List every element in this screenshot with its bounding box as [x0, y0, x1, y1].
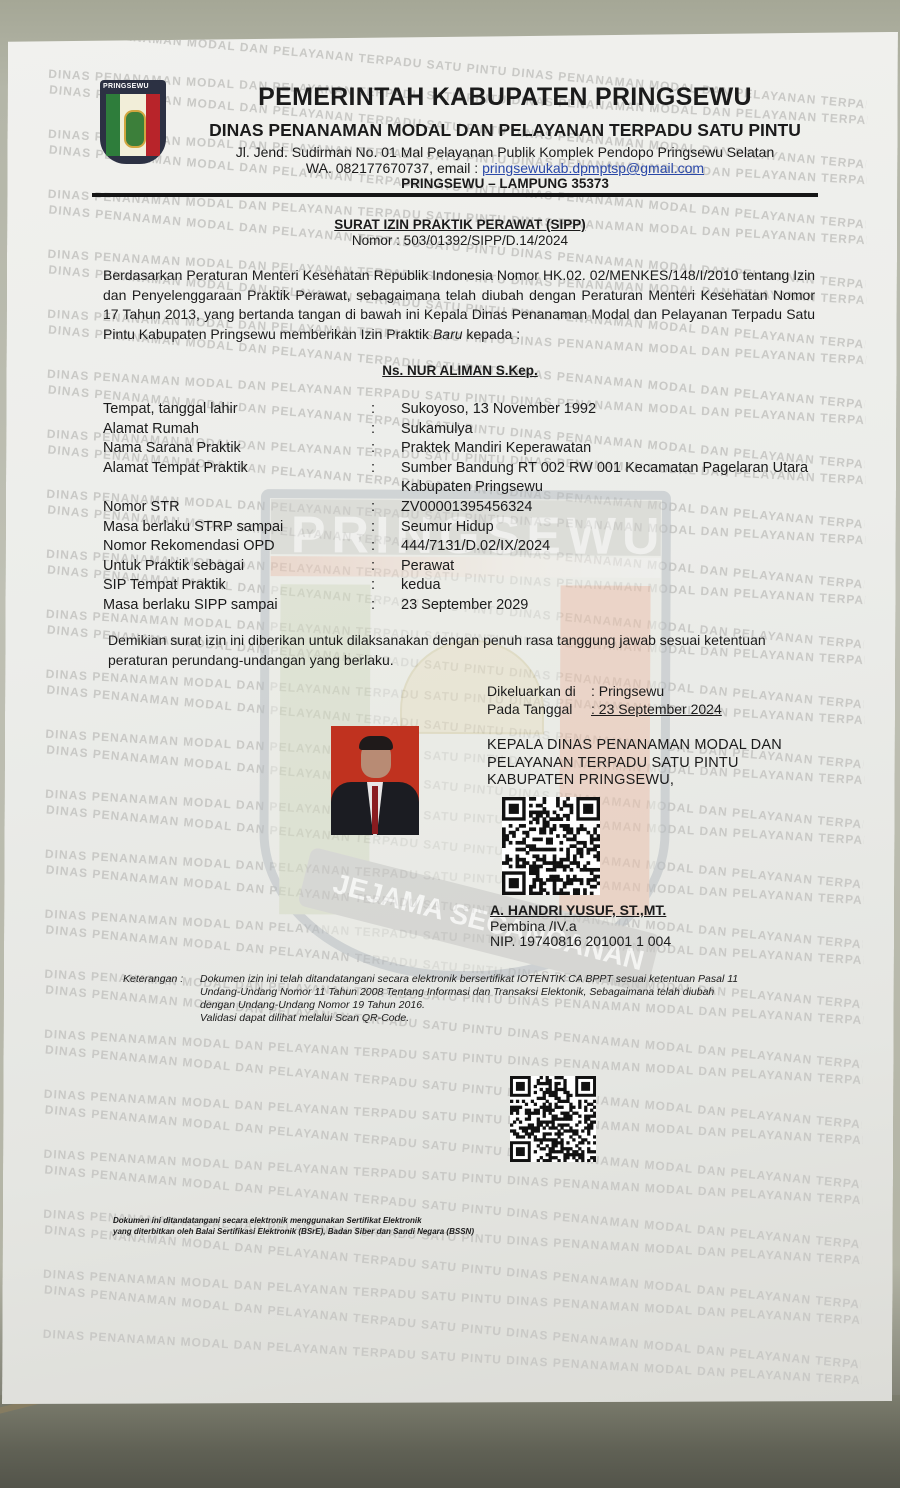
- field-separator: :: [371, 400, 401, 420]
- field-row: Untuk Praktik sebagai:Perawat: [103, 557, 823, 577]
- issued-place-value: : Pringsewu: [591, 683, 664, 699]
- field-separator: :: [371, 537, 401, 557]
- letterhead-city: PRINGSEWU – LAMPUNG 35373: [180, 176, 830, 191]
- field-separator: :: [371, 596, 401, 616]
- signatory-office: KEPALA DINAS PENANAMAN MODAL DAN PELAYAN…: [487, 737, 782, 790]
- field-row: Nama Sarana Praktik:Praktek Mandiri Kepe…: [103, 439, 823, 459]
- field-separator: :: [371, 557, 401, 577]
- field-value: Sumber Bandung RT 002 RW 001 Kecamatan P…: [401, 459, 821, 498]
- field-separator: :: [371, 576, 401, 596]
- letterhead-contact: WA. 082177670737, email : pringsewukab.d…: [180, 160, 830, 176]
- closing-paragraph: Demikian surat izin ini diberikan untuk …: [108, 630, 808, 670]
- intro-paragraph: Berdasarkan Peraturan Menteri Kesehatan …: [103, 266, 815, 344]
- field-row: Tempat, tanggal lahir:Sukoyoso, 13 Novem…: [103, 400, 823, 420]
- field-row: Alamat Tempat Praktik:Sumber Bandung RT …: [103, 459, 823, 498]
- note-label: Keterangan :: [123, 973, 183, 986]
- field-value: Seumur Hidup: [401, 518, 821, 538]
- signatory-rank: Pembina /IV.a: [490, 919, 671, 935]
- holder-photo: [331, 726, 419, 835]
- field-label: Tempat, tanggal lahir: [103, 400, 371, 420]
- field-value: Sukamulya: [401, 420, 821, 440]
- field-label: Untuk Praktik sebagai: [103, 557, 371, 577]
- signatory-nip: NIP. 19740816 201001 1 004: [490, 934, 671, 950]
- field-row: Masa berlaku SIPP sampai:23 September 20…: [103, 596, 823, 616]
- field-label: Masa berlaku STRP sampai: [103, 518, 371, 538]
- issuance-block: Dikeluarkan di: Pringsewu Pada Tanggal: …: [487, 682, 722, 718]
- field-label: Nomor Rekomendasi OPD: [103, 537, 371, 557]
- regency-logo-icon: PRINGSEWU: [100, 80, 166, 164]
- field-label: Alamat Tempat Praktik: [103, 459, 371, 498]
- field-value: Sukoyoso, 13 November 1992: [401, 400, 821, 420]
- field-separator: :: [371, 518, 401, 538]
- field-label: Alamat Rumah: [103, 420, 371, 440]
- field-row: Alamat Rumah:Sukamulya: [103, 420, 823, 440]
- field-label: Masa berlaku SIPP sampai: [103, 596, 371, 616]
- field-separator: :: [371, 459, 401, 498]
- field-row: Masa berlaku STRP sampai:Seumur Hidup: [103, 518, 823, 538]
- field-label: Nama Sarana Praktik: [103, 439, 371, 459]
- document-number: Nomor : 503/01392/SIPP/D.14/2024: [180, 233, 740, 248]
- issued-place-label: Dikeluarkan di: [487, 682, 591, 700]
- field-row: Nomor Rekomendasi OPD:444/7131/D.02/IX/2…: [103, 537, 823, 557]
- bsre-footer: Dokumen ini ditandatangani secara elektr…: [113, 1215, 474, 1237]
- signatory-block: A. HANDRI YUSUF, ST.,MT. Pembina /IV.a N…: [490, 903, 671, 950]
- field-label: SIP Tempat Praktik: [103, 576, 371, 596]
- signatory-name: A. HANDRI YUSUF, ST.,MT.: [490, 903, 671, 919]
- license-fields: Tempat, tanggal lahir:Sukoyoso, 13 Novem…: [103, 400, 823, 616]
- field-row: SIP Tempat Praktik:kedua: [103, 576, 823, 596]
- field-separator: :: [371, 420, 401, 440]
- field-label: Nomor STR: [103, 498, 371, 518]
- field-value: Perawat: [401, 557, 821, 577]
- document-content: PRINGSEWU PEMERINTAH KABUPATEN PRINGSEWU…: [0, 0, 900, 1488]
- letterhead-divider: [92, 193, 818, 197]
- field-value: ZV00001395456324: [401, 498, 821, 518]
- letterhead-department: DINAS PENANAMAN MODAL DAN PELAYANAN TERP…: [160, 120, 850, 141]
- letterhead-address: Jl. Jend. Sudirman No. 01 Mal Pelayanan …: [180, 144, 830, 160]
- field-value: Praktek Mandiri Keperawatan: [401, 439, 821, 459]
- issued-date-label: Pada Tanggal: [487, 700, 591, 718]
- field-value: 23 September 2029: [401, 596, 821, 616]
- letterhead-title: PEMERINTAH KABUPATEN PRINGSEWU: [180, 83, 830, 112]
- field-value: 444/7131/D.02/IX/2024: [401, 537, 821, 557]
- email-link[interactable]: pringsewukab.dpmptsp@gmail.com: [482, 160, 704, 176]
- field-separator: :: [371, 439, 401, 459]
- document-title: SURAT IZIN PRAKTIK PERAWAT (SIPP): [180, 217, 740, 232]
- signature-qr-code-icon[interactable]: [502, 797, 600, 895]
- field-row: Nomor STR:ZV00001395456324: [103, 498, 823, 518]
- field-value: kedua: [401, 576, 821, 596]
- holder-name: Ns. NUR ALIMAN S.Kep.: [230, 363, 690, 378]
- field-separator: :: [371, 498, 401, 518]
- issued-date-value: : 23 September 2024: [591, 701, 722, 717]
- note-block: Keterangan : Dokumen izin ini telah dita…: [123, 973, 813, 1025]
- validation-qr-code-icon[interactable]: [510, 1076, 596, 1162]
